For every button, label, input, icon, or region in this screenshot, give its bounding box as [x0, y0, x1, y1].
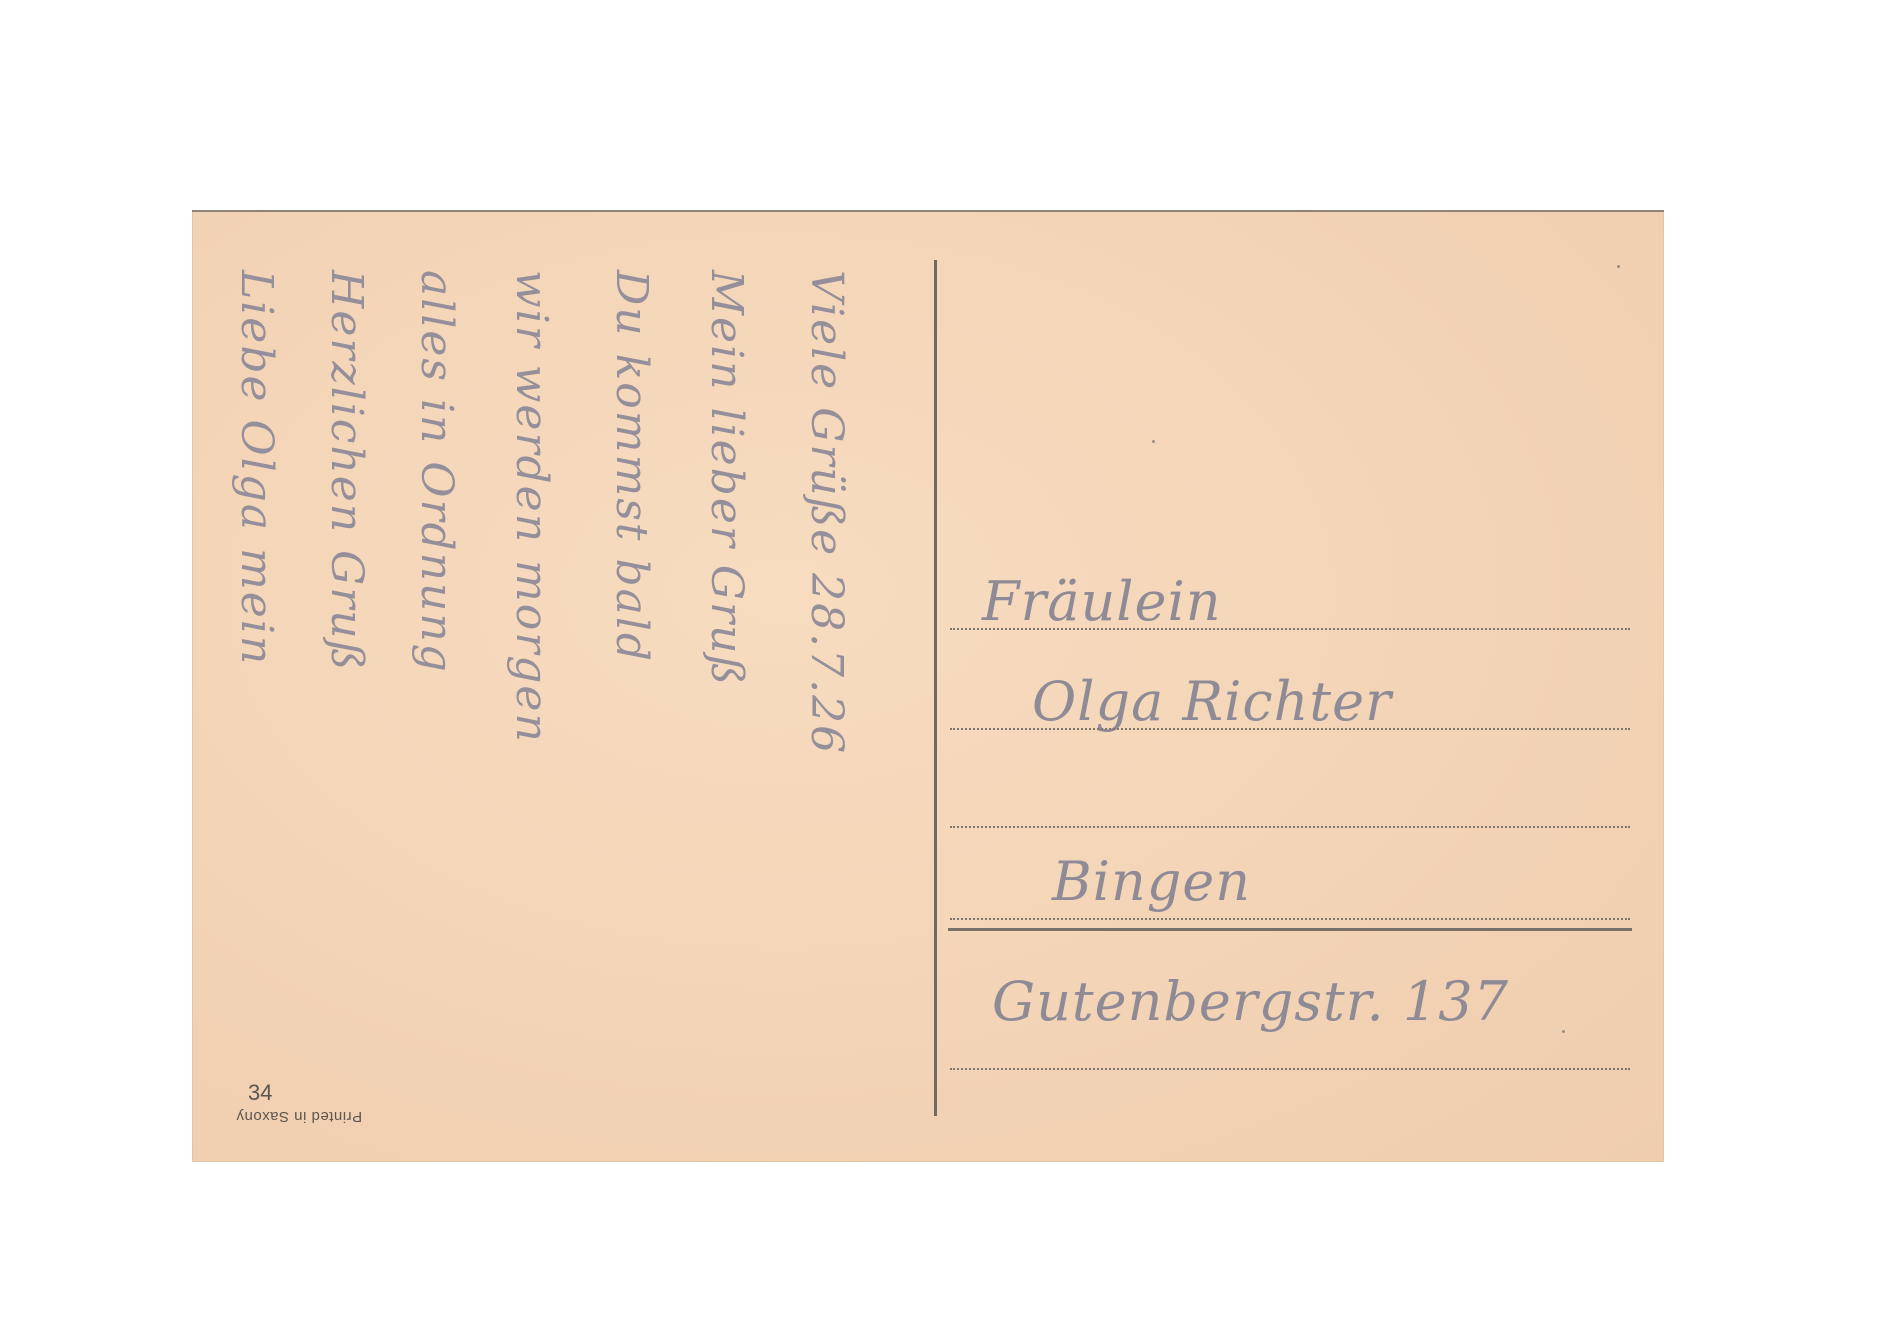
address-line-5 [950, 1068, 1630, 1070]
address-line-3 [950, 826, 1630, 828]
address-name: Olga Richter [1032, 670, 1392, 733]
message-line: Mein lieber Gruß [702, 230, 762, 1130]
message-line: Liebe Olga mein [232, 230, 292, 1130]
address-salutation: Fräulein [982, 570, 1222, 633]
message-line: Herzlichen Gruß [322, 230, 382, 1130]
paper-speck [1152, 440, 1155, 443]
address-city: Bingen [1052, 850, 1251, 913]
address-street: Gutenbergstr. 137 [992, 970, 1509, 1033]
handwritten-message: Liebe Olga mein Herzlichen Gruß alles in… [222, 230, 912, 1130]
address-line-2 [950, 728, 1630, 730]
message-line: wir werden morgen [507, 230, 567, 1130]
address-line-4 [950, 918, 1630, 920]
card-number: 34 [248, 1080, 272, 1106]
address-underline [948, 928, 1632, 931]
message-line: Du kommst bald [607, 230, 667, 1130]
center-divider-line [934, 260, 937, 1116]
message-line: alles in Ordnung [412, 230, 472, 1130]
paper-speck [1617, 265, 1620, 268]
printed-in-saxony-imprint: Printed in Saxony [236, 1108, 362, 1125]
message-line: Viele Grüße 28.7.26 [802, 230, 862, 1130]
paper-speck [1562, 1030, 1565, 1033]
postcard: Liebe Olga mein Herzlichen Gruß alles in… [192, 210, 1664, 1162]
address-line-1 [950, 628, 1630, 630]
